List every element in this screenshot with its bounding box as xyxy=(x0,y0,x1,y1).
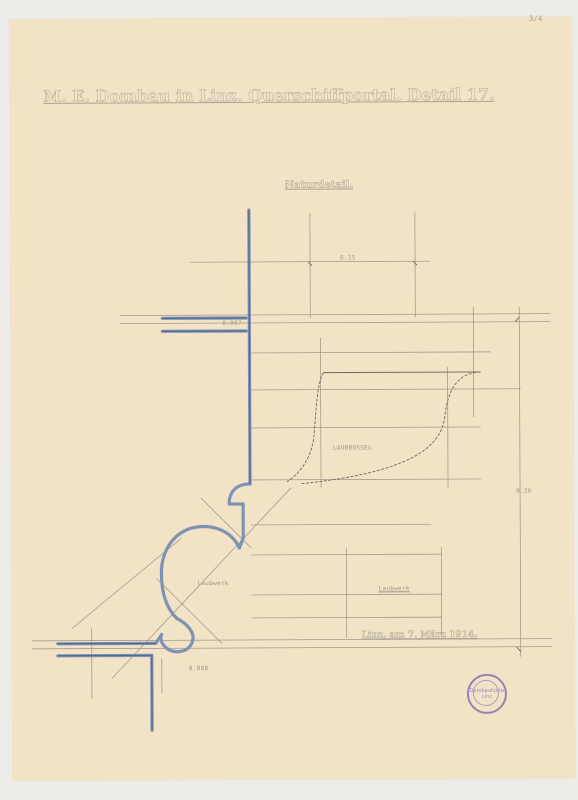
dim-width-top: 0.15 xyxy=(340,254,356,261)
label-laubwerk-circle: Laubwerk xyxy=(197,580,228,587)
blue-profile-outline xyxy=(56,210,251,731)
drawing-title: M. E. Dombau in Linz. Querschiffportal. … xyxy=(43,85,494,106)
dim-thickness: 0.007 xyxy=(222,320,242,327)
dim-offset-bottom: 0.088 xyxy=(189,665,209,672)
stamp-text: Dombauhütte Linz xyxy=(469,688,505,700)
date-line: Linz, am 7. März 1914. xyxy=(362,630,478,641)
dim-height-right: 0.26 xyxy=(516,488,532,495)
date-text: Linz, am 7. März 1914. xyxy=(362,630,478,641)
label-laubbossel: LAUBBOSSEL xyxy=(333,444,372,451)
label-laubwerk-right: Laubwerk xyxy=(378,585,409,592)
subtitle-text: Naturdetail. xyxy=(285,180,353,191)
subtitle-naturdetail: Naturdetail. xyxy=(285,180,353,191)
drawing-sheet: M. E. Dombau in Linz. Querschiffportal. … xyxy=(9,17,575,781)
construction-lines xyxy=(30,212,552,699)
sheet-number: 3/4 xyxy=(529,15,543,23)
title-text: M. E. Dombau in Linz. Querschiffportal. … xyxy=(43,85,494,106)
architectural-profile-drawing xyxy=(9,17,575,781)
archive-stamp: Dombauhütte Linz xyxy=(467,674,507,714)
